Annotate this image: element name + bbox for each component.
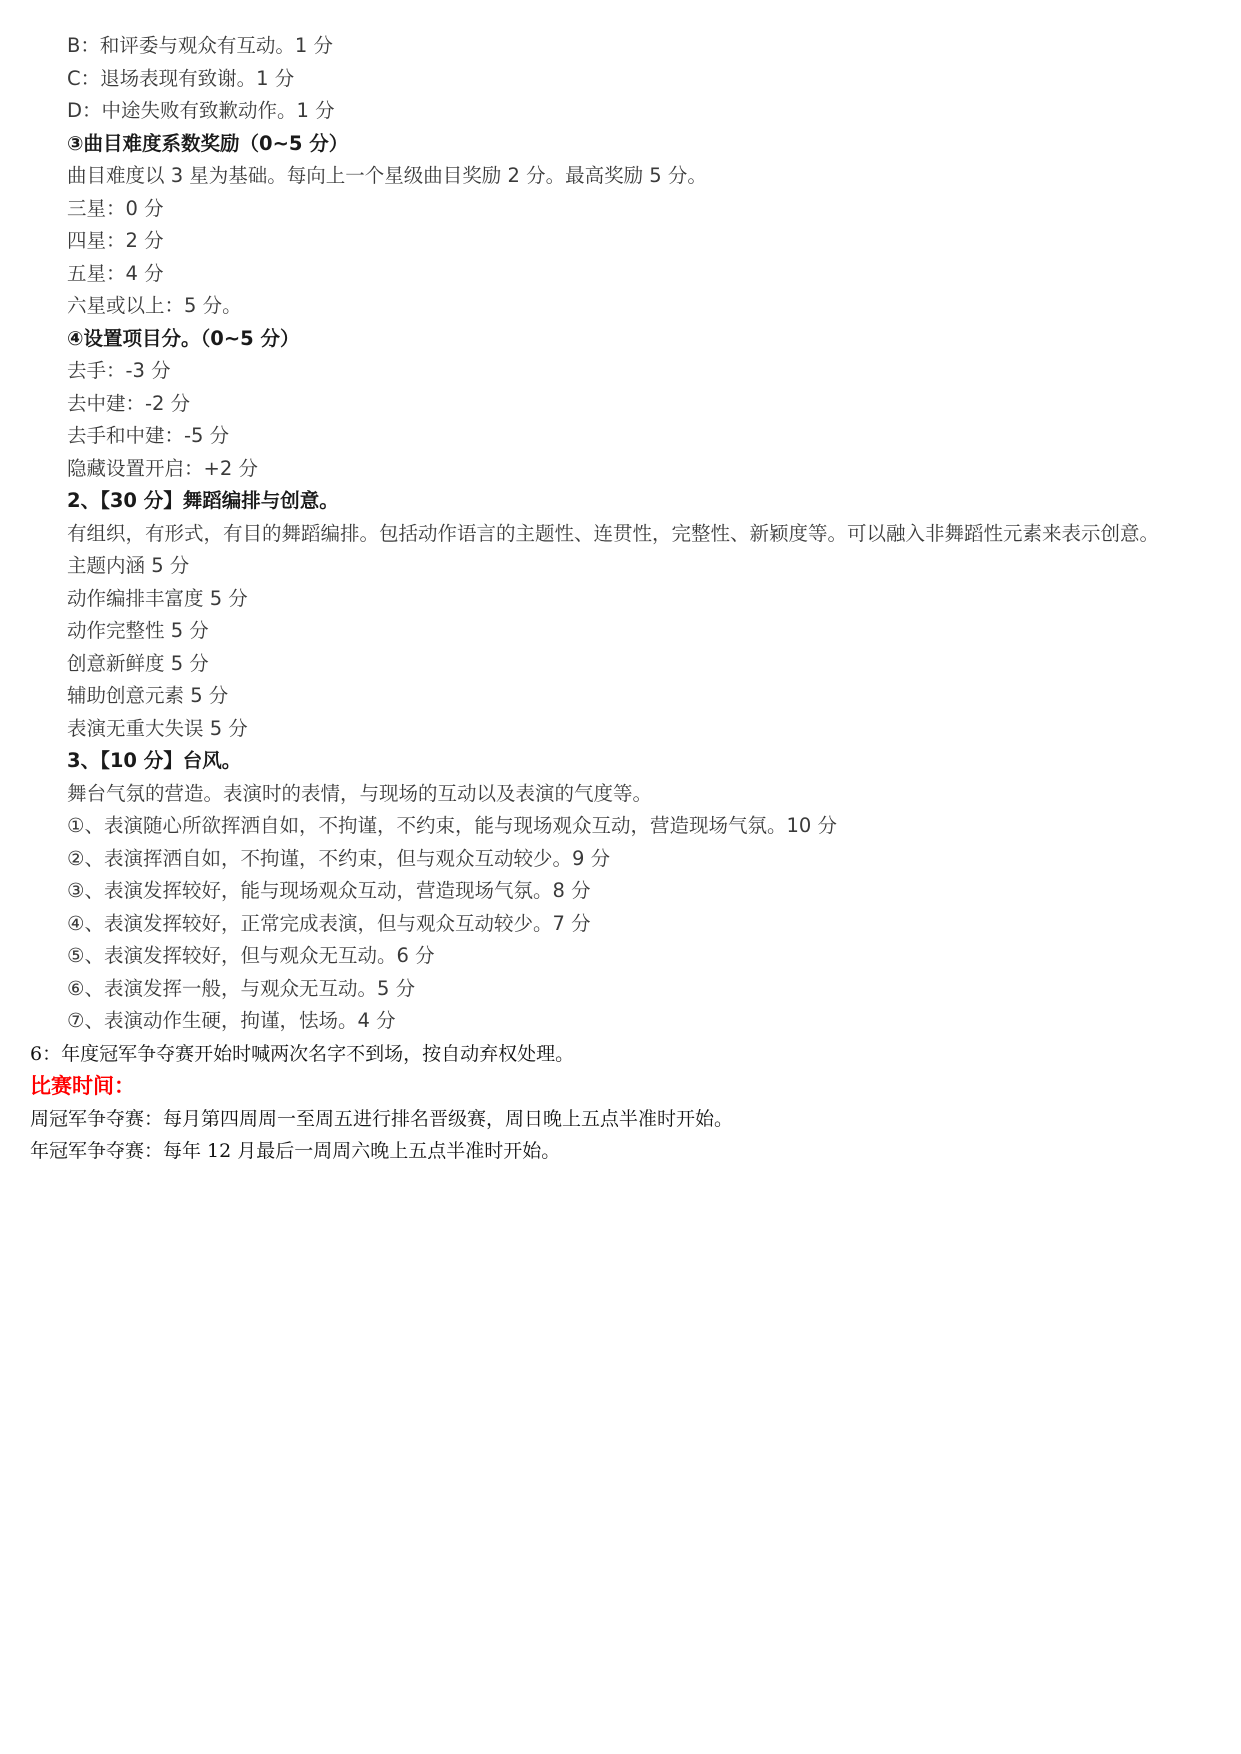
choreography-item: 辅助创意元素 5 分 [30,680,1210,713]
schedule-item-weekly: 周冠军争夺赛：每月第四周周一至周五进行排名晋级赛，周日晚上五点半准时开始。 [30,1103,1210,1136]
document-page: B：和评委与观众有互动。1 分 C：退场表现有致谢。1 分 D：中途失败有致歉动… [0,0,1241,1754]
settings-item: 隐藏设置开启：+2 分 [30,453,1210,486]
choreography-item: 主题内涵 5 分 [30,550,1210,583]
stage-item: ④、表演发挥较好，正常完成表演，但与观众互动较少。7 分 [30,908,1210,941]
schedule-heading: 比赛时间： [30,1070,1210,1103]
rule-6: 6：年度冠军争夺赛开始时喊两次名字不到场，按自动弃权处理。 [30,1038,1210,1071]
stage-item: ⑤、表演发挥较好，但与观众无互动。6 分 [30,940,1210,973]
difficulty-item: 三星：0 分 [30,193,1210,226]
stage-item: ⑥、表演发挥一般，与观众无互动。5 分 [30,973,1210,1006]
settings-item: 去手：-3 分 [30,355,1210,388]
settings-item: 去中建：-2 分 [30,388,1210,421]
settings-item: 去手和中建：-5 分 [30,420,1210,453]
bonus-item-c: C：退场表现有致谢。1 分 [30,63,1210,96]
difficulty-item: 五星：4 分 [30,258,1210,291]
difficulty-heading: ③曲目难度系数奖励（0~5 分） [30,128,1210,161]
document-content: B：和评委与观众有互动。1 分 C：退场表现有致谢。1 分 D：中途失败有致歉动… [30,30,1210,1168]
difficulty-item: 六星或以上：5 分。 [30,290,1210,323]
settings-heading: ④设置项目分。（0~5 分） [30,323,1210,356]
bonus-item-b: B：和评委与观众有互动。1 分 [30,30,1210,63]
choreography-item: 动作完整性 5 分 [30,615,1210,648]
stage-heading: 3、【10 分】台风。 [30,745,1210,778]
stage-item: ③、表演发挥较好，能与现场观众互动，营造现场气氛。8 分 [30,875,1210,908]
bonus-item-d: D：中途失败有致歉动作。1 分 [30,95,1210,128]
choreography-item: 表演无重大失误 5 分 [30,713,1210,746]
difficulty-description: 曲目难度以 3 星为基础。每向上一个星级曲目奖励 2 分。最高奖励 5 分。 [30,160,1210,193]
stage-item: ①、表演随心所欲挥洒自如，不拘谨，不约束，能与现场观众互动，营造现场气氛。10 … [30,810,1210,843]
choreography-item: 动作编排丰富度 5 分 [30,583,1210,616]
choreography-heading: 2、【30 分】舞蹈编排与创意。 [30,485,1210,518]
schedule-item-yearly: 年冠军争夺赛：每年 12 月最后一周周六晚上五点半准时开始。 [30,1135,1210,1168]
difficulty-item: 四星：2 分 [30,225,1210,258]
stage-description: 舞台气氛的营造。表演时的表情，与现场的互动以及表演的气度等。 [30,778,1210,811]
stage-item: ②、表演挥洒自如，不拘谨，不约束，但与观众互动较少。9 分 [30,843,1210,876]
choreography-description: 有组织，有形式，有目的舞蹈编排。包括动作语言的主题性、连贯性，完整性、新颖度等。… [30,518,1210,551]
stage-item: ⑦、表演动作生硬，拘谨，怯场。4 分 [30,1005,1210,1038]
choreography-item: 创意新鲜度 5 分 [30,648,1210,681]
